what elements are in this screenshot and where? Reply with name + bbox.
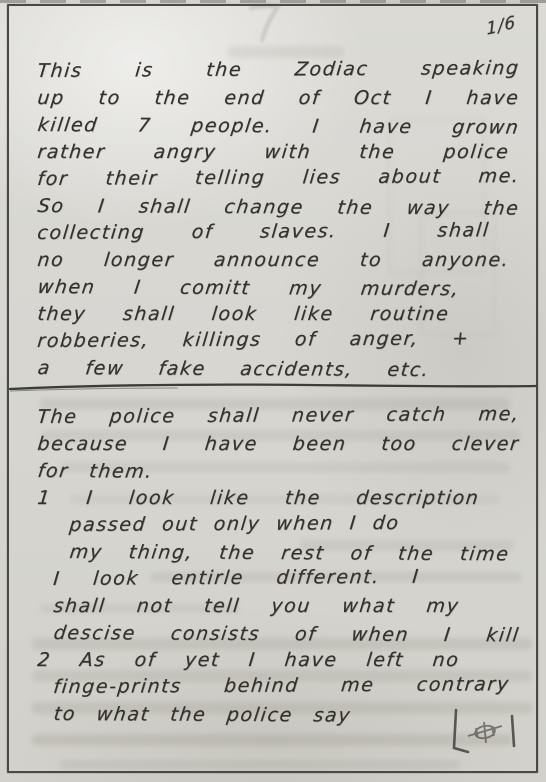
letter-line: descise consists of when I kill (52, 620, 521, 649)
letter-line: This is the Zodiac speaking (36, 55, 521, 85)
letter-line: when I comitt my murders, (36, 274, 461, 303)
handdrawn-divider (8, 381, 538, 393)
letter-line: because I have been too clever (36, 431, 521, 458)
ghost-text-line (60, 760, 460, 769)
letter-line: robberies, killings of anger, + (36, 325, 471, 355)
letter-line: for their telling lies about me. (36, 163, 521, 193)
letter-line: they shall look like routine (36, 301, 451, 328)
scanned-letter-page: 1/6 This is the Zodiac speaking up to th… (0, 0, 546, 782)
ghost-numeral-7 (248, 4, 282, 42)
letter-line: no longer announce to anyone. (36, 247, 511, 274)
letter-line: rather angry with the police (36, 139, 511, 166)
letter-line: up to the end of Oct I have (36, 85, 521, 112)
ghost-text-line (32, 734, 512, 746)
letter-line: a few fake accidents, etc. (36, 355, 431, 384)
letter-line: killed 7 people. I have grown (36, 112, 521, 142)
letter-line: passed out only when I do (68, 510, 401, 539)
letter-line: collecting of slaves. I shall (36, 217, 491, 247)
letter-line: 2 As of yet I have left no (36, 647, 461, 674)
letter-line: finge-prints behind me contrary (52, 671, 511, 701)
letter-line: The police shall never catch me, (36, 401, 521, 431)
letter-line: shall not tell you what my (52, 593, 461, 620)
letter-paragraph-2: The police shall never catch me, because… (36, 404, 518, 728)
letter-line: I look entirle different. I (52, 564, 421, 593)
scan-top-edge (0, 0, 546, 3)
letter-line: for them. (36, 458, 521, 488)
letter-paragraph-1: This is the Zodiac speaking up to the en… (36, 58, 518, 382)
zodiac-symbol-mark (448, 698, 524, 762)
letter-line: 1 I look like the description (36, 485, 481, 512)
page-number: 1/6 (485, 12, 516, 40)
